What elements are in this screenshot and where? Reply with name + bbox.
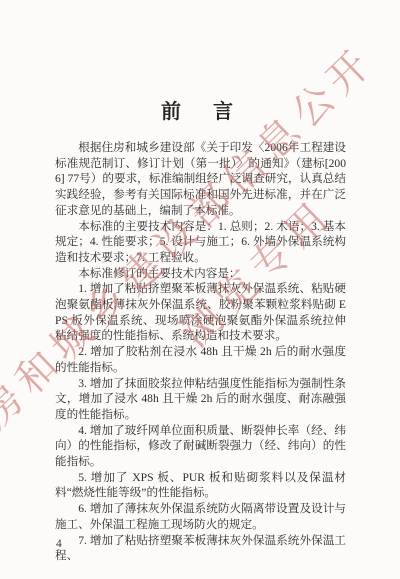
body-paragraph: 4. 增加了玻纤网单位面积质量、断裂伸长率（经、纬向）的性能指标，修改了耐碱断裂… [55,423,346,470]
body-paragraph: 根据住房和城乡建设部《关于印发〈2006年工程建设标准规范制订、修订计划（第一批… [55,140,346,219]
document-page: 住房和城乡建设部信息公开 浏览专用 前 言 根据住房和城乡建设部《关于印发〈20… [0,0,400,579]
body-paragraph: 3. 增加了抹面胶浆拉伸粘结强度性能指标为强制性条文，增加了浸水 48h 且干燥… [55,376,346,423]
body-paragraph: 5. 增加了 XPS 板、PUR 板和贴砌浆料以及保温材料“燃烧性能等级”的性能… [55,470,346,501]
body-paragraph: 本标准修订的主要技术内容是： [55,266,346,282]
body-paragraph: 2. 增加了胶粘剂在浸水 48h 且干燥 2h 后的耐水强度的性能指标。 [55,344,346,375]
body-paragraph: 7. 增加了粘贴挤塑聚苯板薄抹灰外保温系统外保温工程、 [55,533,346,564]
page-number: 4 [56,538,62,550]
body-paragraph: 6. 增加了薄抹灰外保温系统防火隔离带设置及设计与施工、外保温工程施工现场防火的… [55,501,346,532]
page-title: 前 言 [0,95,400,124]
body-text: 根据住房和城乡建设部《关于印发〈2006年工程建设标准规范制订、修订计划（第一批… [55,140,346,564]
body-paragraph: 1. 增加了粘贴挤塑聚苯板薄抹灰外保温系统、粘贴硬泡聚氨酯板薄抹灰外保温系统、胶… [55,281,346,344]
body-paragraph: 本标准的主要技术内容是：1. 总则；2. 术语；3. 基本规定；4. 性能要求；… [55,219,346,266]
